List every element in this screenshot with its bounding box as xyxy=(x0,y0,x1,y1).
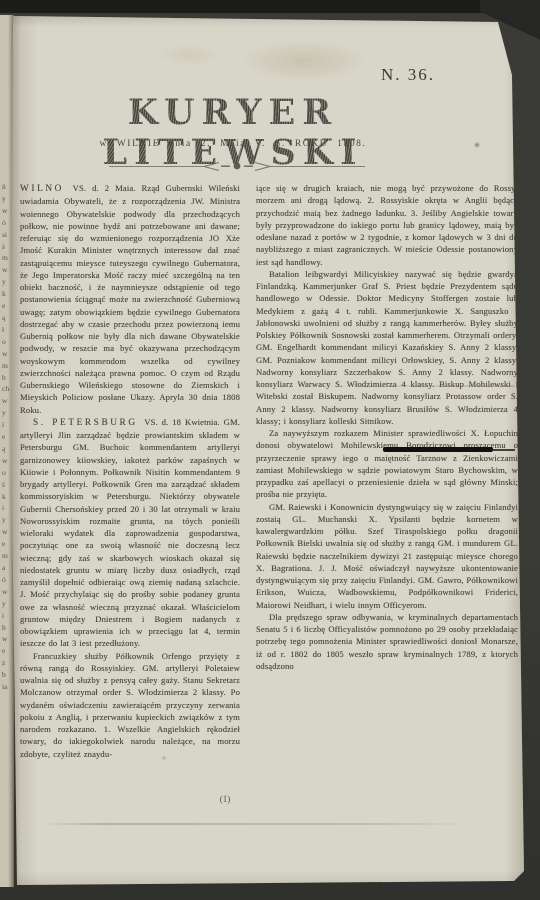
body-paragraph: S. PETERSBURG VS. d. 18 Kwietnia. GM. ar… xyxy=(20,416,240,650)
bottom-crease xyxy=(39,823,469,825)
ink-redaction-bar xyxy=(383,447,493,452)
paragraph-lead: S. PETERSBURG xyxy=(33,418,144,428)
photograph-background: ń y w ó si ś m w y k e ą ł o w m b ch w … xyxy=(0,0,540,900)
scan-top-shadow xyxy=(0,0,540,13)
body-paragraph: Dla prędszego spraw odbywania, w krymina… xyxy=(256,611,518,672)
newspaper-page: N. 36. KURYER LITEWSKI w WILNIE dnia 2. … xyxy=(9,13,525,887)
body-paragraph: Za naywyższym rozkazem Minister sprawied… xyxy=(256,427,518,501)
dateline: w WILNIE dnia 2. Maia V. S. ROKU 1808. xyxy=(23,139,443,149)
page-signature-mark: (1) xyxy=(195,794,255,804)
paragraph-lead: WILNO xyxy=(20,184,73,194)
body-paragraph: GM. Raiewski i Konownicin dystyngwuiący … xyxy=(256,501,518,611)
issue-number: N. 36. xyxy=(381,65,471,85)
ink-redaction-line xyxy=(490,449,515,451)
body-paragraph: WILNO VS. d. 2 Maia. Rząd Gubernski Wile… xyxy=(20,182,240,416)
body-paragraph: Francuzkiey służby Półkownik Orfengo prz… xyxy=(20,650,240,760)
body-text-area: WILNO VS. d. 2 Maia. Rząd Gubernski Wile… xyxy=(20,182,518,798)
text-column-left: WILNO VS. d. 2 Maia. Rząd Gubernski Wile… xyxy=(20,182,240,798)
text-column-right: iące się w drugich kraiach, nie mogą być… xyxy=(256,182,518,798)
body-paragraph: Batalion leibgwardyi Milicyiskiey nazywa… xyxy=(256,268,518,427)
right-crease xyxy=(299,385,514,387)
ornamental-divider-icon xyxy=(107,159,367,173)
body-paragraph: iące się w drugich kraiach, nie mogą być… xyxy=(256,182,518,268)
